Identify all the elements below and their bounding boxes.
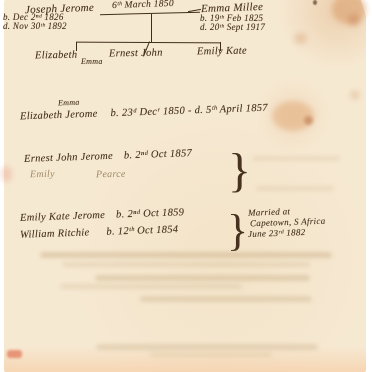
ernest-marriage-brace: } [228,143,251,198]
emily-birth-date: b. 2ⁿᵈ Oct 1859 [116,207,185,220]
elizabeth-inserted-middle-name: Emma [58,99,80,108]
bleed-through-line [40,252,332,258]
child-1-inserted-name: Emma [81,58,103,66]
bleed-through-line [95,275,310,281]
william-birth-date: b. 12ᵗʰ Oct 1854 [106,224,178,238]
ernest-birth-date: b. 2ⁿᵈ Oct 1857 [124,148,193,161]
ernest-spouse-last-name: Pearce [96,170,126,181]
foxing-stain-upper [294,33,307,44]
emily-name: Emily Kate Jerome [20,210,106,224]
bleed-through-line [150,352,272,357]
bleed-through-line [140,296,312,302]
ink-speck-top [313,0,317,5]
foxing-speck-middle [304,116,313,125]
father-death-date: d. Nov 30ᵗʰ 1892 [3,22,67,31]
foxing-stain-right [350,90,360,100]
william-name: William Ritchie [20,227,90,240]
child-3-name: Emily Kate [197,47,247,58]
stain-left-edge [1,166,12,182]
bleed-through-line [96,344,318,350]
child-2-name: Ernest John [109,49,163,60]
bleed-through-line [62,262,310,267]
mother-death-date: d. 20ᵗʰ Sept 1917 [200,23,265,32]
ernest-spouse-first-name: Emily [30,170,55,180]
elizabeth-name: Elizabeth Jerome [20,109,98,123]
red-smudge-bottom-left [7,350,22,358]
foxing-stain-small [348,14,360,26]
bleed-through-line [256,186,334,191]
bleed-through-line [60,284,242,289]
emily-marriage-brace: } [227,205,248,256]
bleed-through-line [252,156,340,161]
tree-stem-line [151,14,152,43]
child-1-name: Elizabeth [35,51,78,62]
scanned-document: Joseph Jerome b. Dec 2ⁿᵈ 1826 d. Nov 30ᵗ… [0,0,372,372]
